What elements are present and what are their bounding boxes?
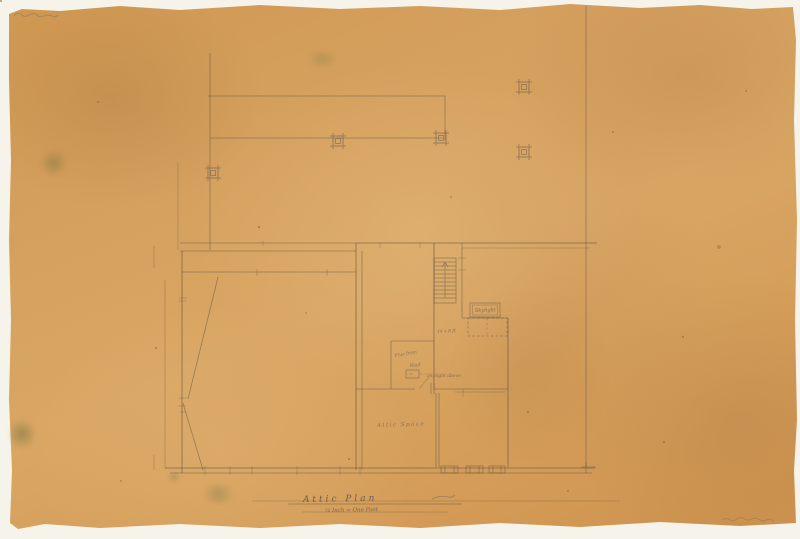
staircase [434, 258, 456, 303]
upper-roof-outline [178, 6, 586, 467]
label-flue: Flue from [393, 349, 417, 359]
title-block: Attic Plan ¼ Inch = One Foot [252, 494, 620, 514]
window-icon [466, 466, 483, 473]
pencil-inscription-top-left [14, 13, 58, 17]
center-block-walls [356, 243, 597, 473]
left-room-walls [154, 241, 362, 473]
pencil-inscription-bottom-right [722, 518, 774, 522]
window-icon [441, 466, 458, 473]
floor-plan-drawing: Skylight 14 x 8 ft Flue from Roof Skylig… [0, 0, 800, 539]
flue-room-annotations [406, 370, 426, 378]
title-flourish [432, 495, 455, 499]
window-icon [489, 466, 505, 473]
label-attic-space: Attic Space [376, 421, 425, 429]
chimney-icons [205, 79, 532, 181]
label-skylight-above: Skylight above [427, 373, 461, 379]
chimney-icon [205, 165, 221, 181]
bottom-wall [165, 466, 595, 475]
label-roof: Roof [409, 362, 422, 369]
chimney-icon [330, 133, 346, 149]
drawing-scale-note: ¼ Inch = One Foot [325, 506, 379, 514]
label-skylight: Skylight [475, 307, 497, 314]
chimney-icon [516, 144, 532, 160]
label-dimension: 14 x 8 ft [437, 328, 456, 335]
scanned-drawing: Skylight 14 x 8 ft Flue from Roof Skylig… [0, 0, 800, 539]
chimney-icon [516, 79, 532, 95]
drawing-title: Attic Plan [302, 494, 378, 505]
